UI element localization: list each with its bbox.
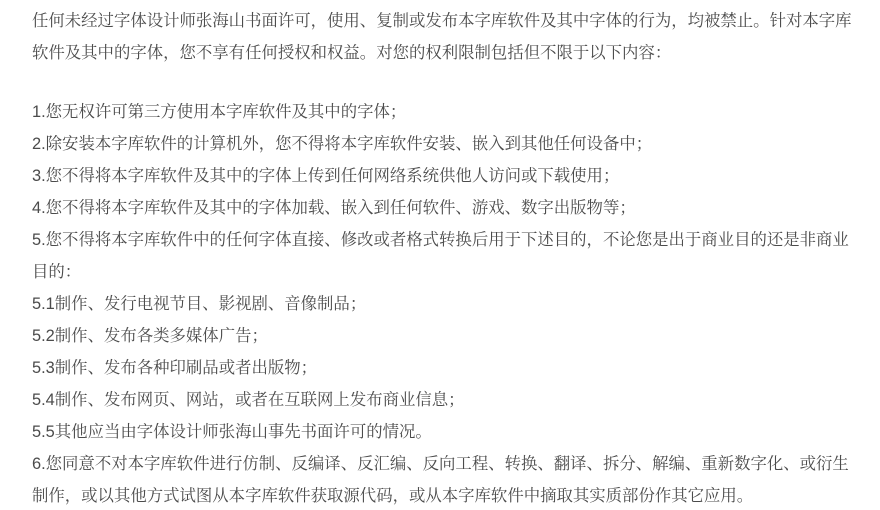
clause-2: 2.除安装本字库软件的计算机外，您不得将本字库软件安装、嵌入到其他任何设备中； [32,128,856,160]
clause-5-5: 5.5其他应当由字体设计师张海山事先书面许可的情况。 [32,416,856,448]
text-line: 5.2制作、发布各类多媒体广告； [32,320,856,352]
text-line: 目的： [32,256,856,288]
text-line: 1.您无权许可第三方使用本字库软件及其中的字体； [32,96,856,128]
text-line: 5.1制作、发行电视节目、影视剧、音像制品； [32,288,856,320]
text-line: 4.您不得将本字库软件及其中的字体加载、嵌入到任何软件、游戏、数字出版物等； [32,192,856,224]
clause-6: 6.您同意不对本字库软件进行仿制、反编译、反汇编、反向工程、转换、翻译、拆分、解… [32,448,856,510]
text-line: 5.4制作、发布网页、网站，或者在互联网上发布商业信息； [32,384,856,416]
clause-3: 3.您不得将本字库软件及其中的字体上传到任何网络系统供他人访问或下载使用； [32,160,856,192]
clause-4: 4.您不得将本字库软件及其中的字体加载、嵌入到任何软件、游戏、数字出版物等； [32,192,856,224]
clause-5-2: 5.2制作、发布各类多媒体广告； [32,320,856,352]
text-line: 任何未经过字体设计师张海山书面许可，使用、复制或发布本字库软件及其中字体的行为，… [32,5,856,37]
text-line: 5.3制作、发布各种印刷品或者出版物； [32,352,856,384]
clause-5-4: 5.4制作、发布网页、网站，或者在互联网上发布商业信息； [32,384,856,416]
text-line: 5.5其他应当由字体设计师张海山事先书面许可的情况。 [32,416,856,448]
text-line: 2.除安装本字库软件的计算机外，您不得将本字库软件安装、嵌入到其他任何设备中； [32,128,856,160]
clause-5: 5.您不得将本字库软件中的任何字体直接、修改或者格式转换后用于下述目的，不论您是… [32,224,856,288]
text-line: 软件及其中的字体，您不享有任何授权和权益。对您的权利限制包括但不限于以下内容： [32,37,856,69]
text-line: 5.您不得将本字库软件中的任何字体直接、修改或者格式转换后用于下述目的，不论您是… [32,224,856,256]
clause-5-3: 5.3制作、发布各种印刷品或者出版物； [32,352,856,384]
text-line: 6.您同意不对本字库软件进行仿制、反编译、反汇编、反向工程、转换、翻译、拆分、解… [32,448,856,480]
text-line: 制作，或以其他方式试图从本字库软件获取源代码，或从本字库软件中摘取其实质部份作其… [32,480,856,510]
intro-paragraph: 任何未经过字体设计师张海山书面许可，使用、复制或发布本字库软件及其中字体的行为，… [32,5,856,69]
license-document: 任何未经过字体设计师张海山书面许可，使用、复制或发布本字库软件及其中字体的行为，… [0,0,880,510]
text-line: 3.您不得将本字库软件及其中的字体上传到任何网络系统供他人访问或下载使用； [32,160,856,192]
clause-1: 1.您无权许可第三方使用本字库软件及其中的字体； [32,96,856,128]
clause-5-1: 5.1制作、发行电视节目、影视剧、音像制品； [32,288,856,320]
